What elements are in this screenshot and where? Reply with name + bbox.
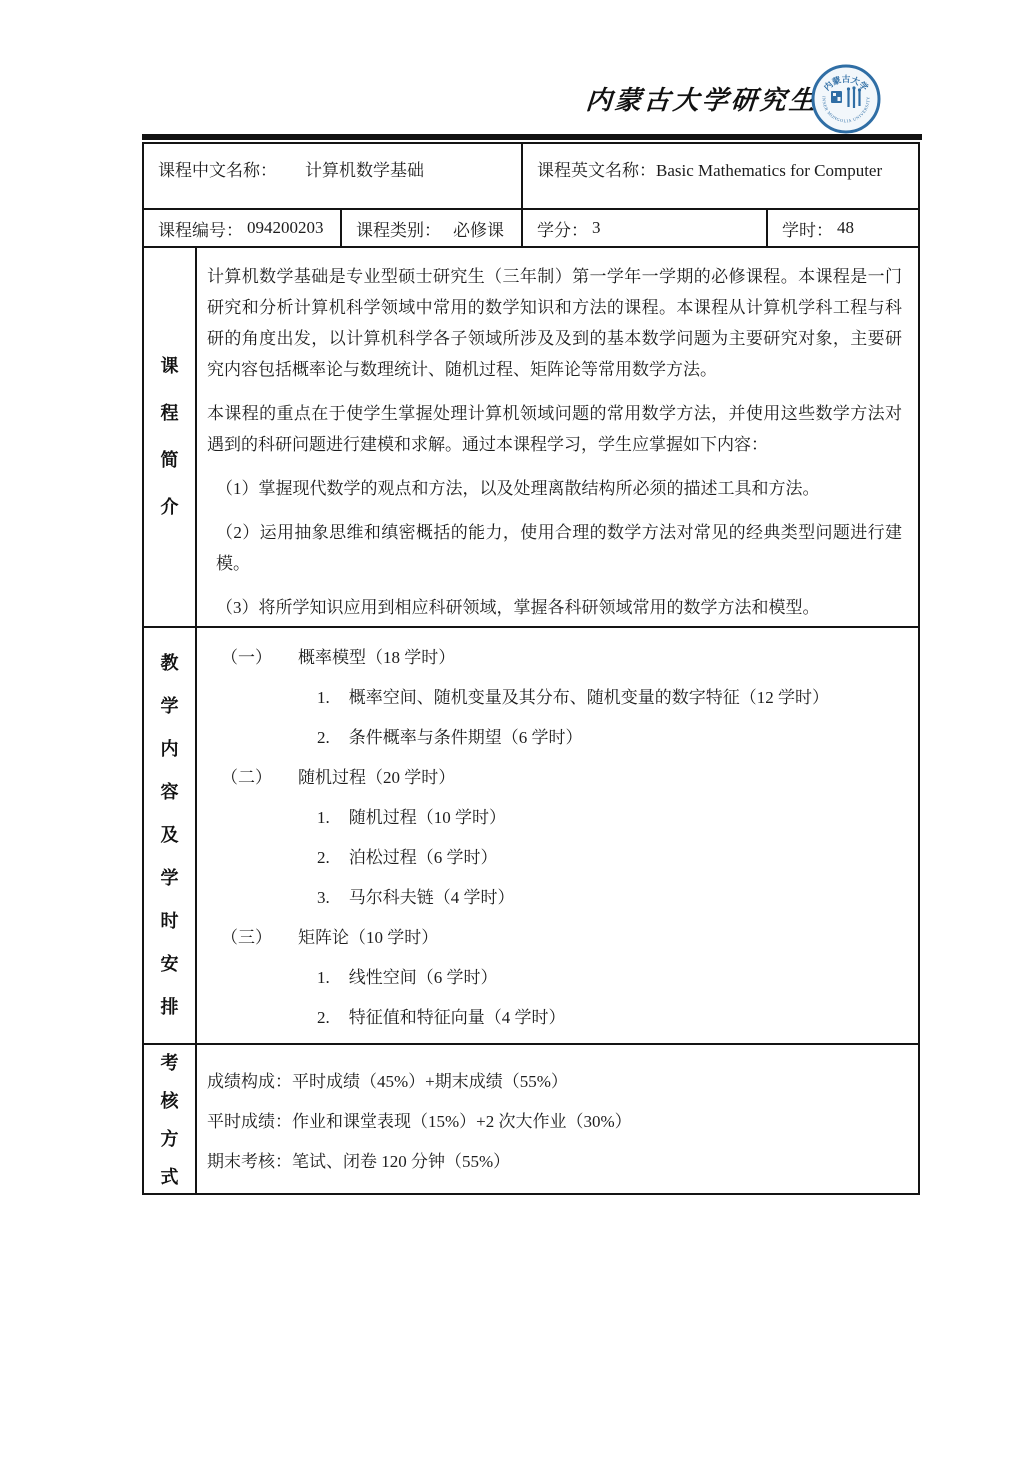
- intro-content-cell: 计算机数学基础是专业型硕士研究生（三年制）第一学年一学期的必修课程。本课程是一门…: [197, 248, 918, 626]
- intro-label-cell: 课程简介: [144, 248, 197, 626]
- assessment-line-final: 期末考核：笔试、闭卷 120 分钟（55%）: [207, 1142, 902, 1182]
- section-label-content: 教学内容及学时安排: [159, 642, 181, 1029]
- content-subtopic: 2.条件概率与条件期望（6 学时）: [197, 718, 918, 758]
- course-hours-value: 48: [837, 218, 854, 238]
- course-cn-value: 计算机数学基础: [305, 161, 424, 180]
- teaching-content-row: 教学内容及学时安排 （一）概率模型（18 学时） 1.概率空间、随机变量及其分布…: [144, 628, 918, 1045]
- course-cn-cell: 课程中文名称：计算机数学基础: [144, 144, 523, 208]
- content-cell: （一）概率模型（18 学时） 1.概率空间、随机变量及其分布、随机变量的数字特征…: [197, 628, 918, 1043]
- content-subtopic: 1.概率空间、随机变量及其分布、随机变量的数字特征（12 学时）: [197, 678, 918, 718]
- course-cn-label: 课程中文名称：: [158, 161, 277, 180]
- content-subtopic: 1.随机过程（10 学时）: [197, 798, 918, 838]
- course-meta-row: 课程编号：094200203 课程类别：必修课 学分：3 学时：48: [144, 210, 918, 248]
- assessment-line-composition: 成绩构成：平时成绩（45%）+期末成绩（55%）: [207, 1062, 902, 1102]
- content-subtopic: 3.马尔科夫链（4 学时）: [197, 878, 918, 918]
- content-subtopic: 2.特征值和特征向量（4 学时）: [197, 998, 918, 1038]
- course-credit-value: 3: [592, 218, 601, 238]
- intro-objective-2: （2）运用抽象思维和缜密概括的能力，使用合理的数学方法对常见的经典类型问题进行建…: [207, 517, 902, 579]
- content-subtopic: 1.线性空间（6 学时）: [197, 958, 918, 998]
- intro-paragraph: 计算机数学基础是专业型硕士研究生（三年制）第一学年一学期的必修课程。本课程是一门…: [207, 261, 902, 385]
- header-title: 内蒙古大学研究生教育: [585, 80, 824, 117]
- course-en-cell: 课程英文名称：Basic Mathematics for Computer: [523, 144, 918, 208]
- content-topic: （三）矩阵论（10 学时）: [197, 918, 918, 958]
- course-type-cell: 课程类别：必修课: [342, 210, 523, 246]
- section-label-intro: 课程简介: [159, 343, 181, 531]
- course-type-label: 课程类别：: [356, 216, 441, 241]
- intro-objective-1: （1）掌握现代数学的观点和方法，以及处理离散结构所必须的描述工具和方法。: [207, 473, 902, 504]
- course-code-cell: 课程编号：094200203: [144, 210, 342, 246]
- content-subtopic: 2.泊松过程（6 学时）: [197, 838, 918, 878]
- university-seal-icon: 内蒙古大学 INNER MONGOLIA UNIVERSITY: [811, 64, 881, 134]
- course-en-value: Basic Mathematics for Computer: [656, 161, 882, 180]
- course-name-row: 课程中文名称：计算机数学基础 课程英文名称：Basic Mathematics …: [144, 144, 918, 210]
- assessment-label-cell: 考核方式: [144, 1045, 197, 1195]
- section-label-assessment: 考核方式: [159, 1044, 181, 1196]
- course-code-value: 094200203: [247, 218, 324, 238]
- course-table: 课程中文名称：计算机数学基础 课程英文名称：Basic Mathematics …: [142, 142, 920, 1195]
- course-en-label: 课程英文名称：: [537, 161, 656, 180]
- course-type-value: 必修课: [453, 216, 504, 241]
- course-intro-row: 课程简介 计算机数学基础是专业型硕士研究生（三年制）第一学年一学期的必修课程。本…: [144, 248, 918, 628]
- course-code-label: 课程编号：: [158, 216, 243, 241]
- intro-paragraph: 本课程的重点在于使学生掌握处理计算机领域问题的常用数学方法，并使用这些数学方法对…: [207, 398, 902, 460]
- header-rule: [142, 134, 922, 140]
- assessment-row: 考核方式 成绩构成：平时成绩（45%）+期末成绩（55%） 平时成绩：作业和课堂…: [144, 1045, 918, 1195]
- course-credit-label: 学分：: [537, 216, 588, 241]
- assessment-line-regular: 平时成绩：作业和课堂表现（15%）+2 次大作业（30%）: [207, 1102, 902, 1142]
- content-topic: （二）随机过程（20 学时）: [197, 758, 918, 798]
- course-hours-cell: 学时：48: [768, 210, 918, 246]
- course-hours-label: 学时：: [782, 216, 833, 241]
- course-credit-cell: 学分：3: [523, 210, 768, 246]
- content-label-cell: 教学内容及学时安排: [144, 628, 197, 1043]
- assessment-cell: 成绩构成：平时成绩（45%）+期末成绩（55%） 平时成绩：作业和课堂表现（15…: [197, 1045, 918, 1195]
- content-topic: （一）概率模型（18 学时）: [197, 638, 918, 678]
- intro-objective-3: （3）将所学知识应用到相应科研领域，掌握各科研领域常用的数学方法和模型。: [207, 592, 902, 623]
